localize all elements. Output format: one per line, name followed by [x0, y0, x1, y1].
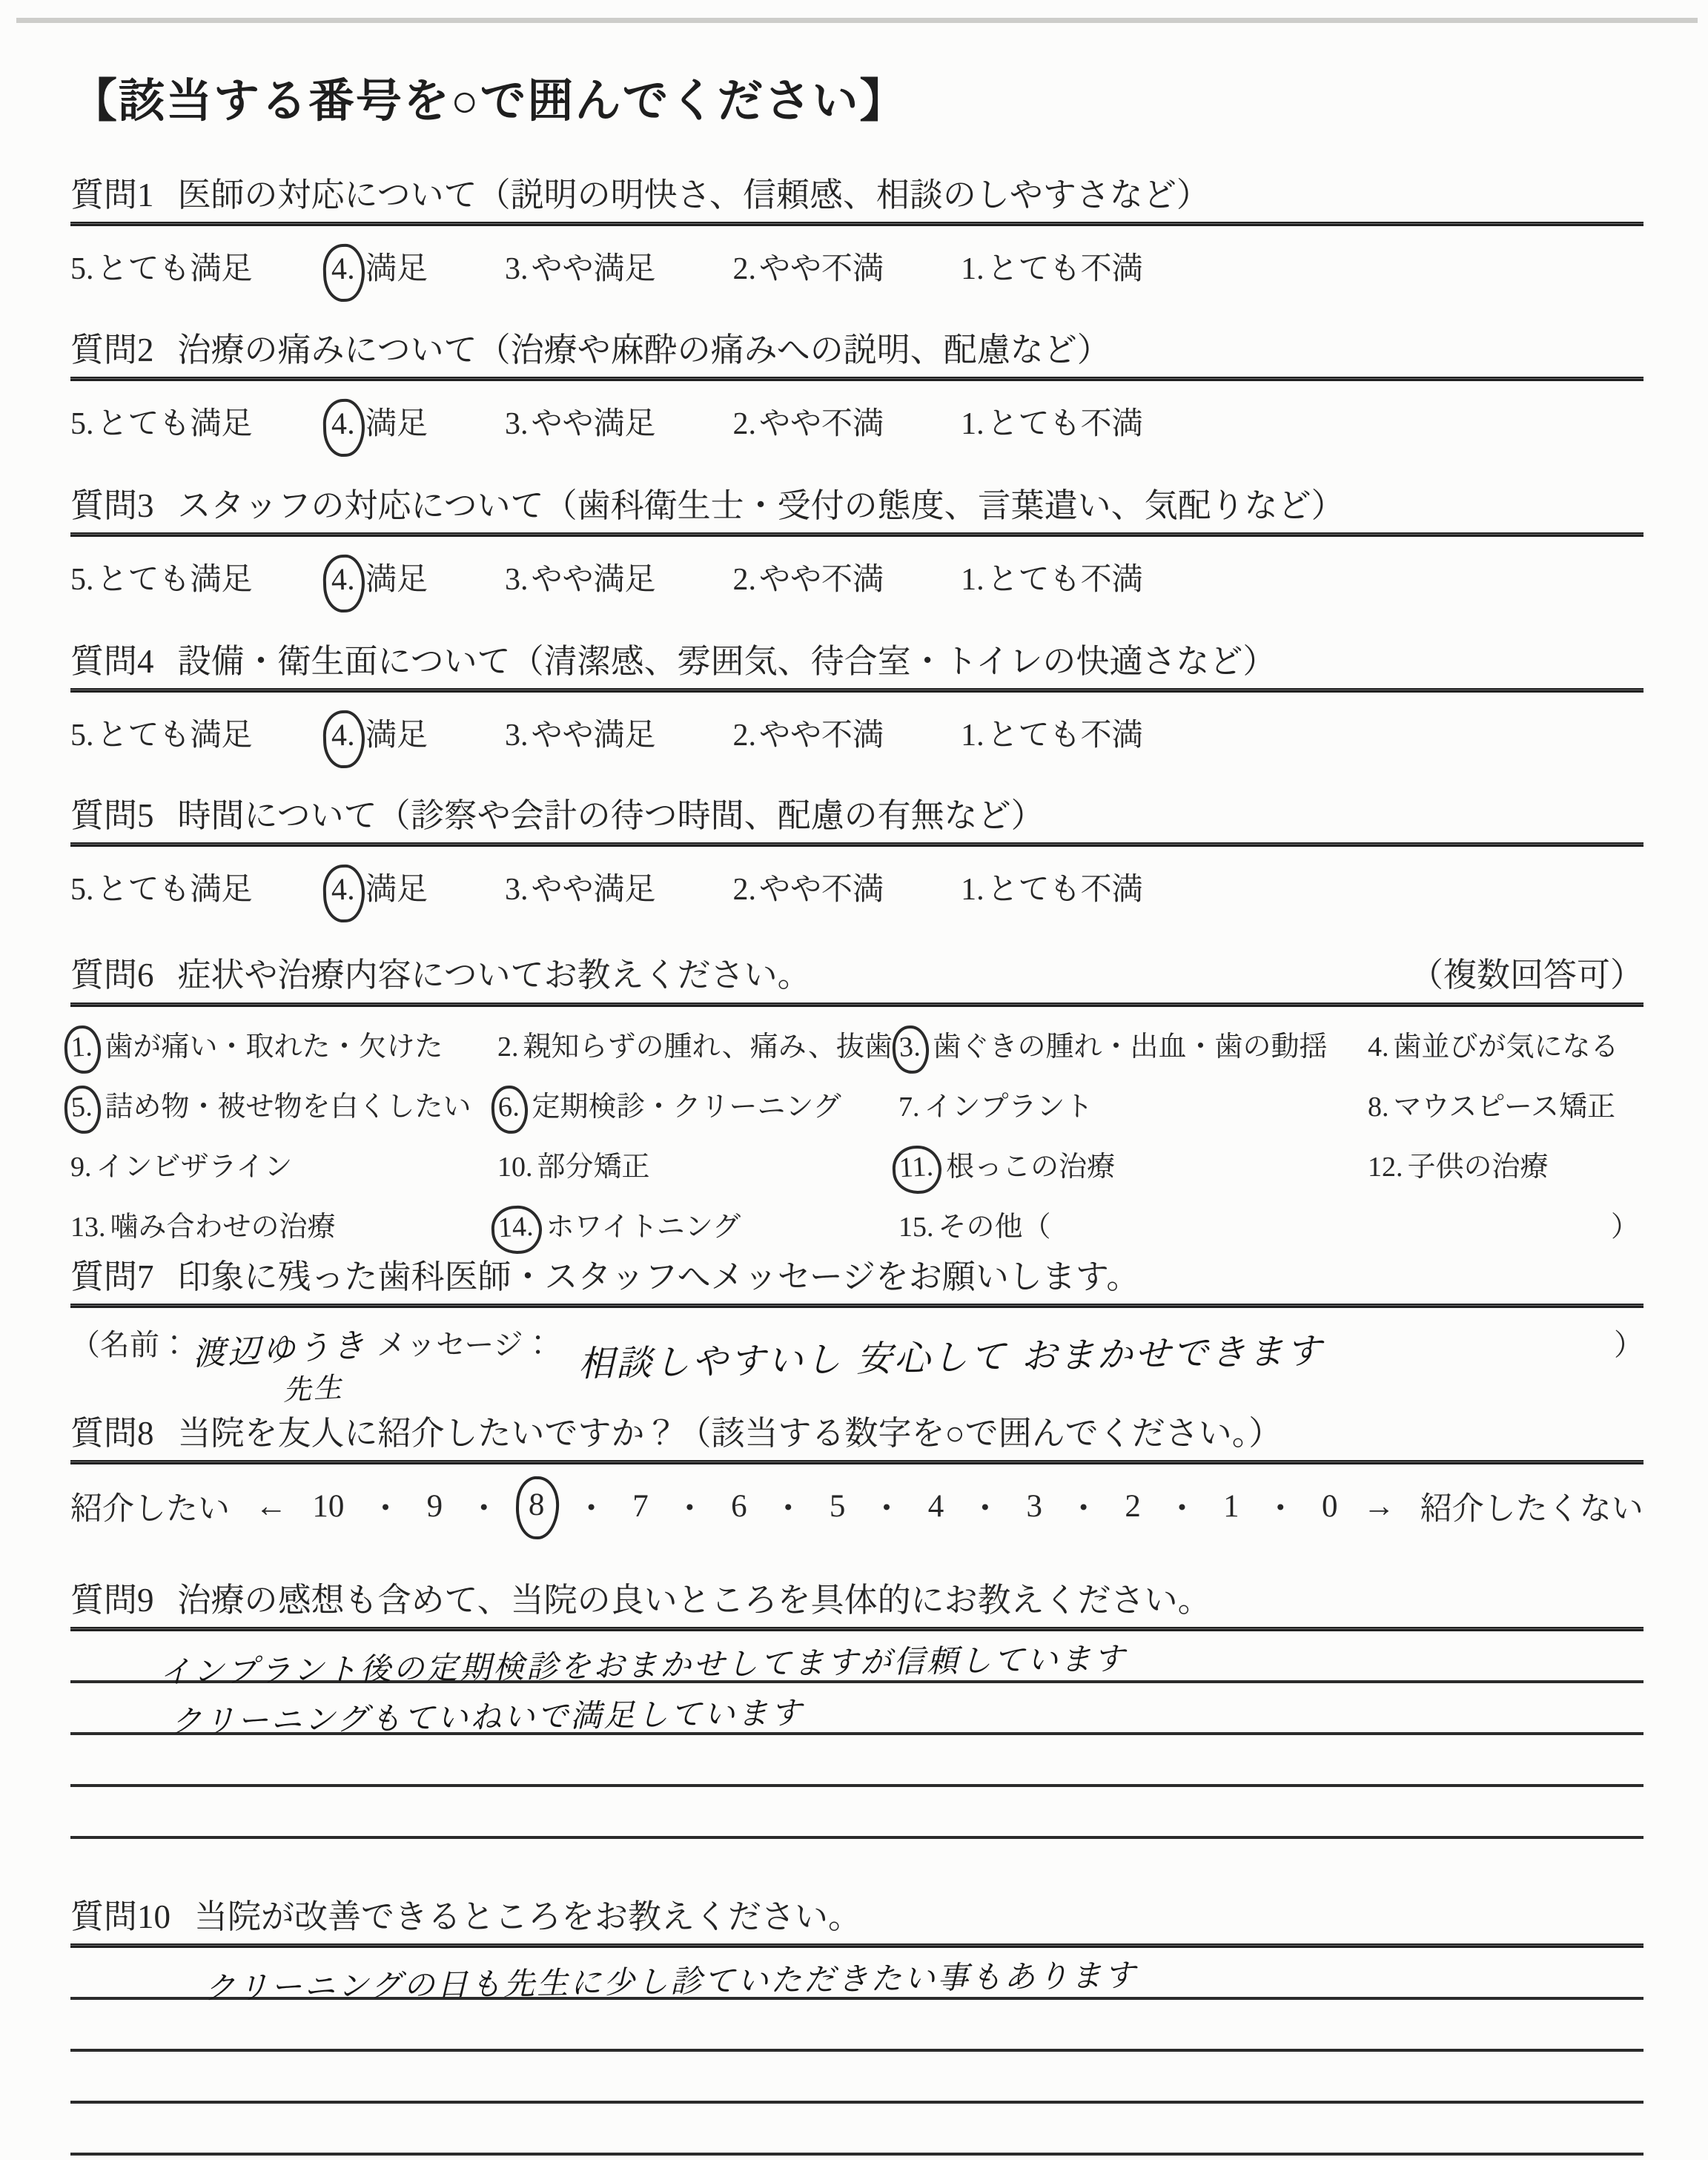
- question-3-id: 質問3: [70, 487, 154, 524]
- question-8-id: 質問8: [70, 1415, 154, 1452]
- heading-underline: [70, 842, 1644, 847]
- q2-option-1: 1.とても不満: [961, 399, 1143, 443]
- multi-answer-note: （複数回答可）: [1410, 948, 1644, 996]
- q3-option-1: 1.とても不満: [961, 555, 1143, 599]
- question-3-heading: 質問3スタッフの対応について（歯科衛生士・受付の態度、言葉遣い、気配りなど）: [70, 487, 1644, 526]
- question-3-title: スタッフの対応について（歯科衛生士・受付の態度、言葉遣い、気配りなど）: [178, 487, 1345, 524]
- scale-dot: ・: [468, 1484, 500, 1529]
- question-3-options-row: 5.とても満足 4.満足 3.やや満足 2.やや不満 1.とても不満: [70, 555, 1644, 599]
- q4-option-1: 1.とても不満: [961, 710, 1143, 755]
- message-close-paren: ）: [1614, 1321, 1644, 1364]
- answer-line-3-blank: [70, 1735, 1644, 1787]
- symptom-option-11: 11.根っこの治療: [898, 1143, 1368, 1184]
- scale-9: 9: [427, 1488, 443, 1525]
- q5-option-2: 2.やや不満: [733, 865, 884, 909]
- scale-2: 2: [1125, 1488, 1141, 1525]
- handwritten-name: 渡辺ゆうき 先生: [191, 1318, 370, 1413]
- question-3-block: 質問3スタッフの対応について（歯科衛生士・受付の態度、言葉遣い、気配りなど） 5…: [70, 487, 1644, 599]
- question-1-heading: 質問1医師の対応について（説明の明快さ、信頼感、相談のしやすさなど）: [70, 176, 1644, 215]
- question-10-title: 当院が改善できるところをお教えください。: [194, 1898, 861, 1935]
- scale-1: 1: [1223, 1488, 1239, 1525]
- message-answer-row: （名前： 渡辺ゆうき 先生 メッセージ： 相談しやすいし 安心して おまかせでき…: [70, 1321, 1644, 1408]
- scale-left-label: 紹介したい: [70, 1484, 230, 1529]
- answer-line-4-blank: [70, 1787, 1644, 1839]
- question-8-heading: 質問8当院を友人に紹介したいですか？（該当する数字を○で囲んでください。）: [70, 1415, 1644, 1453]
- heading-underline: [70, 688, 1644, 693]
- answer-line-1: クリーニングの日も先生に少し診ていただきたい事もあります: [70, 1948, 1644, 2000]
- left-arrow-icon: ←: [255, 1488, 287, 1525]
- q2-option-4-selected: 4.満足: [330, 399, 428, 443]
- scan-edge-artifact: [16, 18, 1698, 23]
- symptom-option-9: 9.インビザライン: [70, 1143, 497, 1184]
- scale-dot: ・: [369, 1484, 401, 1529]
- question-4-title: 設備・衛生面について（清潔感、雰囲気、待合室・トイレの快適さなど）: [178, 643, 1277, 680]
- q3-option-3: 3.やや満足: [505, 555, 656, 599]
- scale-3: 3: [1027, 1488, 1043, 1525]
- scanned-questionnaire-page: 【該当する番号を○で囲んでください】 質問1医師の対応について（説明の明快さ、信…: [0, 0, 1708, 2160]
- question-8-block: 質問8当院を友人に紹介したいですか？（該当する数字を○で囲んでください。） 紹介…: [70, 1415, 1644, 1529]
- question-2-heading: 質問2治療の痛みについて（治療や麻酔の痛みへの説明、配慮など）: [70, 331, 1644, 370]
- symptom-option-10: 10.部分矯正: [497, 1143, 898, 1184]
- question-9-id: 質問9: [70, 1582, 154, 1619]
- question-6-heading: 質問6症状や治療内容についてお教えください。 （複数回答可）: [70, 948, 1644, 996]
- symptom-option-15-other: 15.その他（: [898, 1203, 1368, 1244]
- question-1-title: 医師の対応について（説明の明快さ、信頼感、相談のしやすさなど）: [178, 176, 1210, 214]
- q2-option-2: 2.やや不満: [733, 399, 884, 443]
- symptom-options-grid: 1.歯が痛い・取れた・欠けた 2.親知らずの腫れ、痛み、抜歯 3.歯ぐきの腫れ・…: [70, 1023, 1644, 1244]
- question-7-title: 印象に残った歯科医師・スタッフへメッセージをお願いします。: [178, 1258, 1140, 1295]
- question-2-options-row: 5.とても満足 4.満足 3.やや満足 2.やや不満 1.とても不満: [70, 399, 1644, 443]
- symptom-option-14: 14.ホワイトニング: [497, 1203, 898, 1244]
- q3-option-4-selected: 4.満足: [330, 555, 428, 599]
- question-6-block: 質問6症状や治療内容についてお教えください。 （複数回答可） 1.歯が痛い・取れ…: [70, 948, 1644, 1244]
- name-field-label: （名前：: [70, 1321, 189, 1364]
- symptom-option-2: 2.親知らずの腫れ、痛み、抜歯: [497, 1023, 898, 1064]
- symptom-option-13: 13.噛み合わせの治療: [70, 1203, 497, 1244]
- scale-dot: ・: [674, 1484, 706, 1529]
- circled-answer-mark: 4.: [322, 243, 365, 303]
- question-6-id: 質問6: [70, 957, 154, 994]
- scale-10: 10: [312, 1488, 344, 1525]
- circled-answer-mark: 4.: [322, 710, 365, 769]
- q3-option-5: 5.とても満足: [70, 555, 253, 599]
- scale-dot: ・: [871, 1484, 903, 1529]
- question-4-id: 質問4: [70, 643, 154, 680]
- question-1-block: 質問1医師の対応について（説明の明快さ、信頼感、相談のしやすさなど） 5.とても…: [70, 176, 1644, 288]
- heading-underline: [70, 377, 1644, 381]
- scale-6: 6: [731, 1488, 747, 1525]
- scale-8-selected: 8: [515, 1476, 560, 1540]
- heading-underline: [70, 1003, 1644, 1007]
- question-7-block: 質問7印象に残った歯科医師・スタッフへメッセージをお願いします。 （名前： 渡辺…: [70, 1258, 1644, 1408]
- q4-option-3: 3.やや満足: [505, 710, 656, 755]
- question-5-heading: 質問5時間について（診察や会計の待つ時間、配慮の有無など）: [70, 797, 1644, 836]
- q5-option-1: 1.とても不満: [961, 865, 1143, 909]
- heading-underline: [70, 532, 1644, 537]
- circled-answer-mark: 4.: [322, 554, 365, 613]
- q1-option-5: 5.とても満足: [70, 244, 253, 288]
- answer-line-4-blank: [70, 2104, 1644, 2156]
- symptom-option-8: 8.マウスピース矯正: [1368, 1083, 1644, 1124]
- q3-option-2: 2.やや不満: [733, 555, 884, 599]
- scale-dot: ・: [1067, 1484, 1099, 1529]
- question-7-id: 質問7: [70, 1258, 154, 1295]
- scale-dot: ・: [1265, 1484, 1297, 1529]
- heading-underline: [70, 222, 1644, 226]
- question-7-heading: 質問7印象に残った歯科医師・スタッフへメッセージをお願いします。: [70, 1258, 1644, 1297]
- question-2-title: 治療の痛みについて（治療や麻酔の痛みへの説明、配慮など）: [178, 331, 1110, 369]
- q1-option-1: 1.とても不満: [961, 244, 1143, 288]
- question-4-heading: 質問4設備・衛生面について（清潔感、雰囲気、待合室・トイレの快適さなど）: [70, 643, 1644, 681]
- question-4-block: 質問4設備・衛生面について（清潔感、雰囲気、待合室・トイレの快適さなど） 5.と…: [70, 643, 1644, 755]
- answer-line-3-blank: [70, 2052, 1644, 2104]
- question-1-options-row: 5.とても満足 4.満足 3.やや満足 2.やや不満 1.とても不満: [70, 244, 1644, 288]
- question-9-title: 治療の感想も含めて、当院の良いところを具体的にお教えください。: [178, 1582, 1211, 1619]
- question-9-heading: 質問9治療の感想も含めて、当院の良いところを具体的にお教えください。: [70, 1582, 1644, 1620]
- scale-dot: ・: [1166, 1484, 1198, 1529]
- other-close-paren: ）: [1368, 1203, 1644, 1244]
- heading-underline: [70, 1304, 1644, 1308]
- question-6-heading-left: 質問6症状や治療内容についてお教えください。: [70, 948, 811, 996]
- circled-answer-mark: 4.: [322, 398, 365, 458]
- symptom-option-6: 6.定期検診・クリーニング: [497, 1083, 898, 1124]
- scale-dot: ・: [969, 1484, 1001, 1529]
- scale-right-label: 紹介したくない: [1420, 1484, 1644, 1529]
- q1-option-3: 3.やや満足: [505, 244, 656, 288]
- question-9-block: 質問9治療の感想も含めて、当院の良いところを具体的にお教えください。 インプラン…: [70, 1582, 1644, 1839]
- answer-line-2: クリーニングもていねいで満足しています: [70, 1683, 1644, 1735]
- message-field-label: メッセージ：: [377, 1321, 553, 1364]
- scale-dot: ・: [575, 1484, 607, 1529]
- right-arrow-icon: →: [1363, 1488, 1395, 1525]
- question-2-id: 質問2: [70, 331, 154, 369]
- q2-option-5: 5.とても満足: [70, 399, 253, 443]
- symptom-option-3: 3.歯ぐきの腫れ・出血・歯の動揺: [898, 1023, 1368, 1064]
- question-10-id: 質問10: [70, 1898, 171, 1935]
- handwritten-name-suffix: 先生: [282, 1364, 345, 1407]
- answer-line-1: インプラント後の定期検診をおまかせしてますが信頼しています: [70, 1631, 1644, 1683]
- question-5-block: 質問5時間について（診察や会計の待つ時間、配慮の有無など） 5.とても満足 4.…: [70, 797, 1644, 909]
- question-2-block: 質問2治療の痛みについて（治療や麻酔の痛みへの説明、配慮など） 5.とても満足 …: [70, 331, 1644, 443]
- question-6-title: 症状や治療内容についてお教えください。: [178, 957, 811, 994]
- question-10-block: 質問10当院が改善できるところをお教えください。 クリーニングの日も先生に少し診…: [70, 1898, 1644, 2156]
- q5-option-4-selected: 4.満足: [330, 865, 428, 909]
- question-5-title: 時間について（診察や会計の待つ時間、配慮の有無など）: [178, 797, 1045, 834]
- scale-0: 0: [1322, 1488, 1338, 1525]
- handwritten-message: 相談しやすいし 安心して おまかせできます: [577, 1322, 1324, 1387]
- scale-7: 7: [632, 1488, 649, 1525]
- q2-option-3: 3.やや満足: [505, 399, 656, 443]
- circled-answer-mark: 4.: [322, 864, 365, 923]
- q1-option-4-selected: 4.満足: [330, 244, 428, 288]
- scale-5: 5: [830, 1488, 846, 1525]
- recommend-scale-row: 紹介したい ← 10 ・ 9 ・ 8 ・ 7 ・ 6 ・ 5 ・ 4 ・ 3 ・…: [70, 1484, 1644, 1529]
- question-4-options-row: 5.とても満足 4.満足 3.やや満足 2.やや不満 1.とても不満: [70, 710, 1644, 755]
- question-5-options-row: 5.とても満足 4.満足 3.やや満足 2.やや不満 1.とても不満: [70, 865, 1644, 909]
- scale-4: 4: [928, 1488, 944, 1525]
- q5-option-5: 5.とても満足: [70, 865, 253, 909]
- scale-dot: ・: [772, 1484, 804, 1529]
- q4-option-4-selected: 4.満足: [330, 710, 428, 755]
- question-1-id: 質問1: [70, 176, 154, 214]
- page-title: 【該当する番号を○で囲んでください】: [71, 64, 907, 130]
- answer-line-2-blank: [70, 2000, 1644, 2052]
- symptom-option-5: 5.詰め物・被せ物を白くしたい: [70, 1083, 497, 1124]
- question-8-title: 当院を友人に紹介したいですか？（該当する数字を○で囲んでください。）: [178, 1415, 1282, 1452]
- question-10-heading: 質問10当院が改善できるところをお教えください。: [70, 1898, 1644, 1937]
- q5-option-3: 3.やや満足: [505, 865, 656, 909]
- symptom-option-1: 1.歯が痛い・取れた・欠けた: [70, 1023, 497, 1064]
- question-5-id: 質問5: [70, 797, 154, 834]
- q4-option-5: 5.とても満足: [70, 710, 253, 755]
- q4-option-2: 2.やや不満: [733, 710, 884, 755]
- symptom-option-4: 4.歯並びが気になる: [1368, 1023, 1644, 1064]
- symptom-option-7: 7.インプラント: [898, 1083, 1368, 1124]
- heading-underline: [70, 1460, 1644, 1464]
- q1-option-2: 2.やや不満: [733, 244, 884, 288]
- symptom-option-12: 12.子供の治療: [1368, 1143, 1644, 1184]
